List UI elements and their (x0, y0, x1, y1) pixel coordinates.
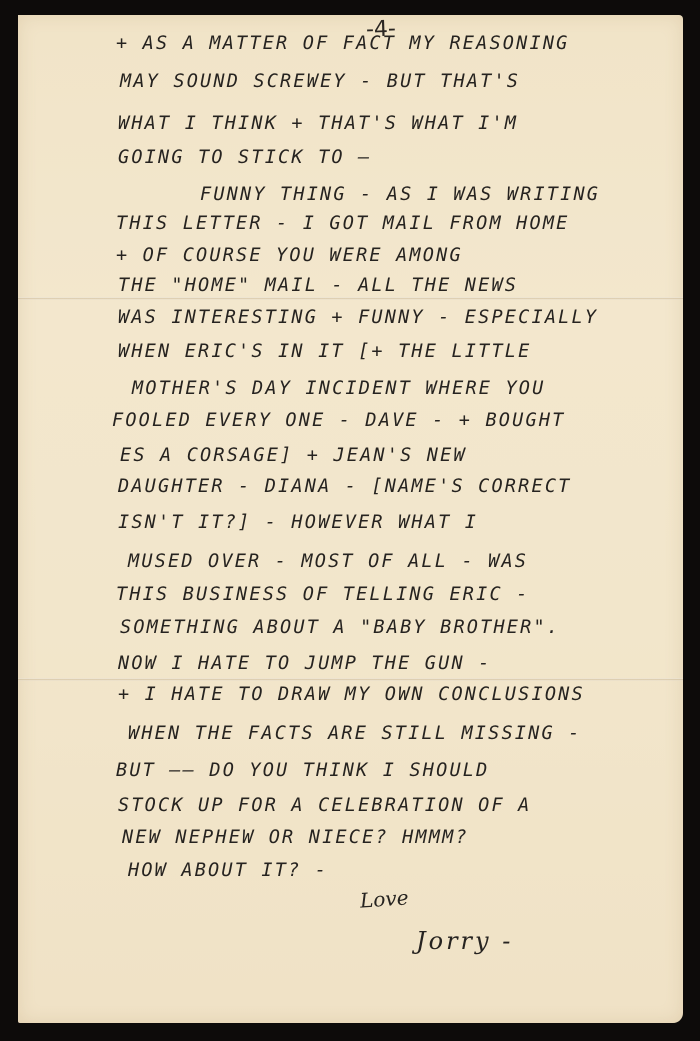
letter-line: going to stick to — (118, 147, 371, 168)
fold-line-lower (18, 678, 683, 681)
letter-line: es a corsage] + Jean's new (120, 445, 467, 466)
letter-line: isn't it?] - However what I (118, 512, 478, 533)
letter-line: + of course you were among (116, 245, 463, 266)
letter-line: but —— do you think I should (116, 760, 489, 781)
letter-line: something about a "baby brother". (120, 617, 560, 638)
letter-line: may sound screwey - but that's (120, 71, 520, 92)
letter-line: fooled every one - Dave - + bought (112, 410, 566, 431)
letter-line: what I think + that's what I'm (118, 113, 518, 134)
fold-line-upper (18, 297, 683, 300)
letter-line: Mother's Day incident where you (132, 378, 545, 399)
letter-line: was interesting + funny - especially (118, 307, 598, 328)
letter-line: mused over - most of all - was (128, 551, 528, 572)
letter-page: -4- + As a matter of fact my reasoningma… (18, 15, 683, 1023)
letter-signature: Jorry - (416, 927, 513, 955)
letter-line: Now I hate to jump the gun - (118, 653, 491, 674)
letter-line: How about it? - (128, 860, 328, 881)
letter-line: this business of telling Eric - (116, 584, 529, 605)
letter-line: Funny thing - as I was writing (200, 184, 600, 205)
letter-line: when the facts are still missing - (128, 723, 582, 744)
letter-line: daughter - Diana - [name's correct (118, 476, 572, 497)
letter-closing: Love (359, 885, 409, 912)
letter-line: + I hate to draw my own conclusions (118, 684, 585, 705)
letter-line: stock up for a celebration of a (118, 795, 531, 816)
letter-line: the "Home" mail - All the news (118, 275, 518, 296)
letter-line: when Eric's in it [+ the little (118, 341, 531, 362)
letter-line: this letter - I got mail from home (116, 213, 570, 234)
letter-line: new nephew or niece? Hmmm? (122, 827, 469, 848)
letter-line: + As a matter of fact my reasoning (116, 33, 570, 54)
